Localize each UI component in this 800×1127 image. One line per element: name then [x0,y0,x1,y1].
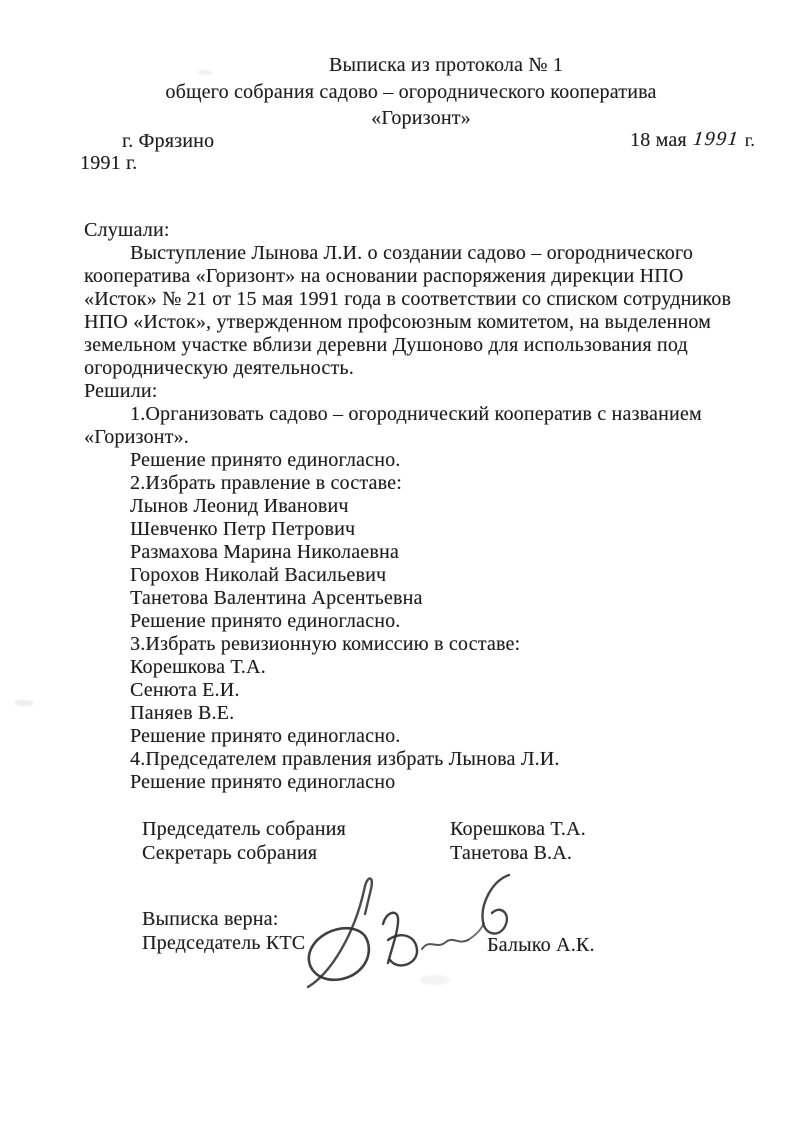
body-line: 1.Организовать садово – огороднический к… [84,403,744,426]
body-line: «Исток» № 21 от 15 мая 1991 года в соотв… [84,288,744,311]
body-line: Слушали: [84,219,744,242]
scanned-document-page: Выписка из протокола № 1 общего собрания… [0,0,800,1127]
date-prefix: 18 мая [630,129,687,151]
signature-role-label: Председатель собрания [142,818,346,841]
place-line: г. Фрязино [122,130,214,153]
body-line: кооператива «Горизонт» на основании расп… [84,265,744,288]
body-line: Танетова Валентина Арсентьевна [84,587,744,610]
signature-role-label: Секретарь собрания [142,842,317,865]
body-line: земельном участке вблизи деревни Душонов… [84,334,744,357]
body-line: Паняев В.Е. [84,702,744,725]
body-line: Шевченко Петр Петрович [84,518,744,541]
paper-smudge [14,700,34,706]
body-line: Лынов Леонид Иванович [84,495,744,518]
body-line: Решение принято единогласно. [84,610,744,633]
document-title-line-3: «Горизонт» [21,107,800,130]
body-line: НПО «Исток», утвержденном профсоюзным ко… [84,311,744,334]
document-title-line-1: Выписка из протокола № 1 [46,54,800,77]
signature-name: Корешкова Т.А. [450,818,586,841]
body-text: Слушали: Выступление Лынова Л.И. о созда… [84,219,744,794]
body-line: огородническую деятельность. [84,357,744,380]
body-line: «Горизонт». [84,426,744,449]
document-title-line-2: общего собрания садово – огороднического… [11,81,800,104]
body-line: Горохов Николай Васильевич [84,564,744,587]
date-suffix: г. [745,130,755,150]
body-line: Решили: [84,380,744,403]
paper-smudge [420,975,450,985]
date-wrap-line: 1991 г. [80,152,137,175]
body-line: Выступление Лынова Л.И. о создании садов… [84,242,744,265]
date-line: 18 мая1991г. [630,129,755,152]
verifier-title-label: Председатель КТС [142,932,305,955]
body-line: Сенюта Е.И. [84,679,744,702]
body-line: Решение принято единогласно. [84,725,744,748]
date-year-handwritten: 1991 [692,128,740,151]
verification-label: Выписка верна: [142,908,279,931]
body-line: Размахова Марина Николаевна [84,541,744,564]
body-line: Решение принято единогласно [84,771,744,794]
body-line: 2.Избрать правление в составе: [84,472,744,495]
body-line: 3.Избрать ревизионную комиссию в составе… [84,633,744,656]
body-line: 4.Председателем правления избрать Лынова… [84,748,744,771]
paper-smudge [197,70,212,75]
body-line: Корешкова Т.А. [84,656,744,679]
handwritten-signature-icon [295,862,530,992]
body-line: Решение принято единогласно. [84,449,744,472]
